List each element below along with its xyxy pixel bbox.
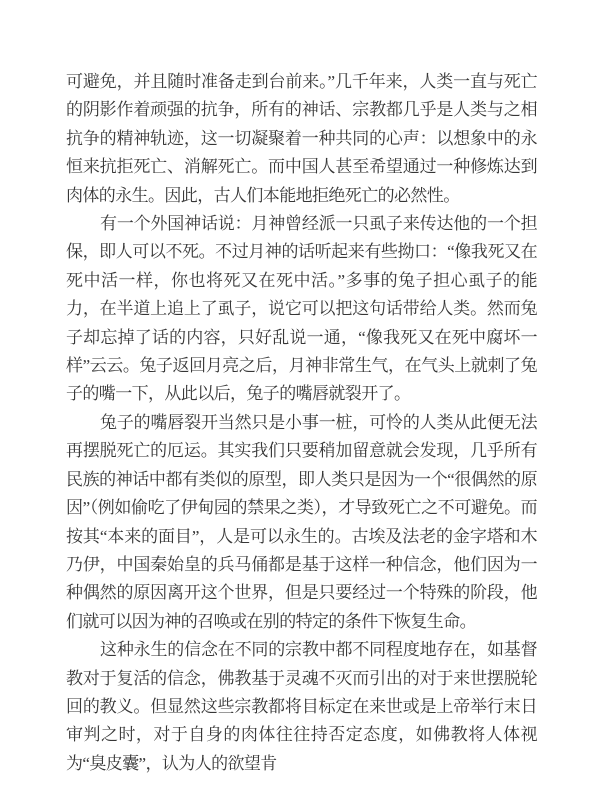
text-content: 可避免，并且随时准备走到台前来。”几千年来，人类一直与死亡的阴影作着顽强的抗争，… xyxy=(66,68,537,778)
paragraph: 有一个外国神话说：月神曾经派一只虱子来传达他的一个担保，即人可以不死。不过月神的… xyxy=(66,210,537,409)
paragraph: 兔子的嘴唇裂开当然只是小事一桩，可怜的人类从此便无法再摆脱死亡的厄运。其实我们只… xyxy=(66,409,537,636)
paragraph-continuation: 可避免，并且随时准备走到台前来。”几千年来，人类一直与死亡的阴影作着顽强的抗争，… xyxy=(66,68,537,210)
paragraph: 这种永生的信念在不同的宗教中都不同程度地存在，如基督教对于复活的信念，佛教基于灵… xyxy=(66,636,537,778)
book-page: 可避免，并且随时准备走到台前来。”几千年来，人类一直与死亡的阴影作着顽强的抗争，… xyxy=(0,0,600,800)
